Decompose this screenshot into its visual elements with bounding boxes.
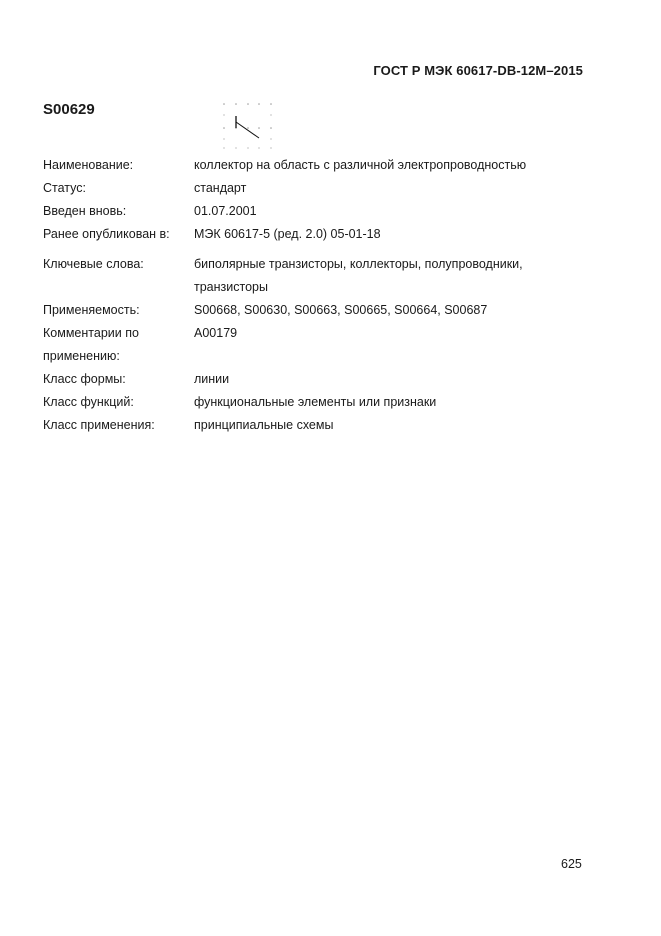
field-value: 01.07.2001 (194, 200, 594, 223)
field-label: Класс функций: (43, 391, 194, 414)
field-label: Класс формы: (43, 368, 194, 391)
attributes-table: Наименование:коллектор на область с разл… (43, 154, 594, 437)
field-label: Наименование: (43, 154, 194, 177)
standard-header: ГОСТ Р МЭК 60617-DB-12M–2015 (373, 63, 583, 78)
field-value: принципиальные схемы (194, 414, 594, 437)
field-label: Ранее опубликован в: (43, 223, 194, 246)
field-label: Комментарии по применению: (43, 322, 163, 368)
field-value: биполярные транзисторы, коллекторы, полу… (194, 253, 594, 299)
field-row-function-class: Класс функций:функциональные элементы ил… (43, 391, 594, 414)
field-value: МЭК 60617-5 (ред. 2.0) 05-01-18 (194, 223, 594, 246)
field-row-keywords: Ключевые слова:биполярные транзисторы, к… (43, 253, 594, 299)
field-row-status: Статус:стандарт (43, 177, 594, 200)
page-number: 625 (561, 857, 582, 871)
field-row-application-class: Класс применения:принципиальные схемы (43, 414, 594, 437)
field-value: стандарт (194, 177, 594, 200)
field-value: S00668, S00630, S00663, S00665, S00664, … (194, 299, 594, 322)
symbol-code: S00629 (43, 101, 95, 118)
field-row-shape-class: Класс формы:линии (43, 368, 594, 391)
field-label: Применяемость: (43, 299, 194, 322)
field-value: коллектор на область с различной электро… (194, 154, 594, 177)
field-value: A00179 (194, 322, 594, 368)
field-row-introduced: Введен вновь:01.07.2001 (43, 200, 594, 223)
field-row-published: Ранее опубликован в:МЭК 60617-5 (ред. 2.… (43, 223, 594, 246)
field-value: линии (194, 368, 594, 391)
field-row-applicability: Применяемость:S00668, S00630, S00663, S0… (43, 299, 594, 322)
collector-symbol-icon (218, 98, 278, 150)
field-label: Статус: (43, 177, 194, 200)
field-label: Введен вновь: (43, 200, 194, 223)
field-row-name: Наименование:коллектор на область с разл… (43, 154, 594, 177)
field-label: Класс применения: (43, 414, 194, 437)
field-label: Ключевые слова: (43, 253, 194, 299)
field-row-comments: Комментарии по применению:A00179 (43, 322, 594, 368)
field-value: функциональные элементы или признаки (194, 391, 594, 414)
